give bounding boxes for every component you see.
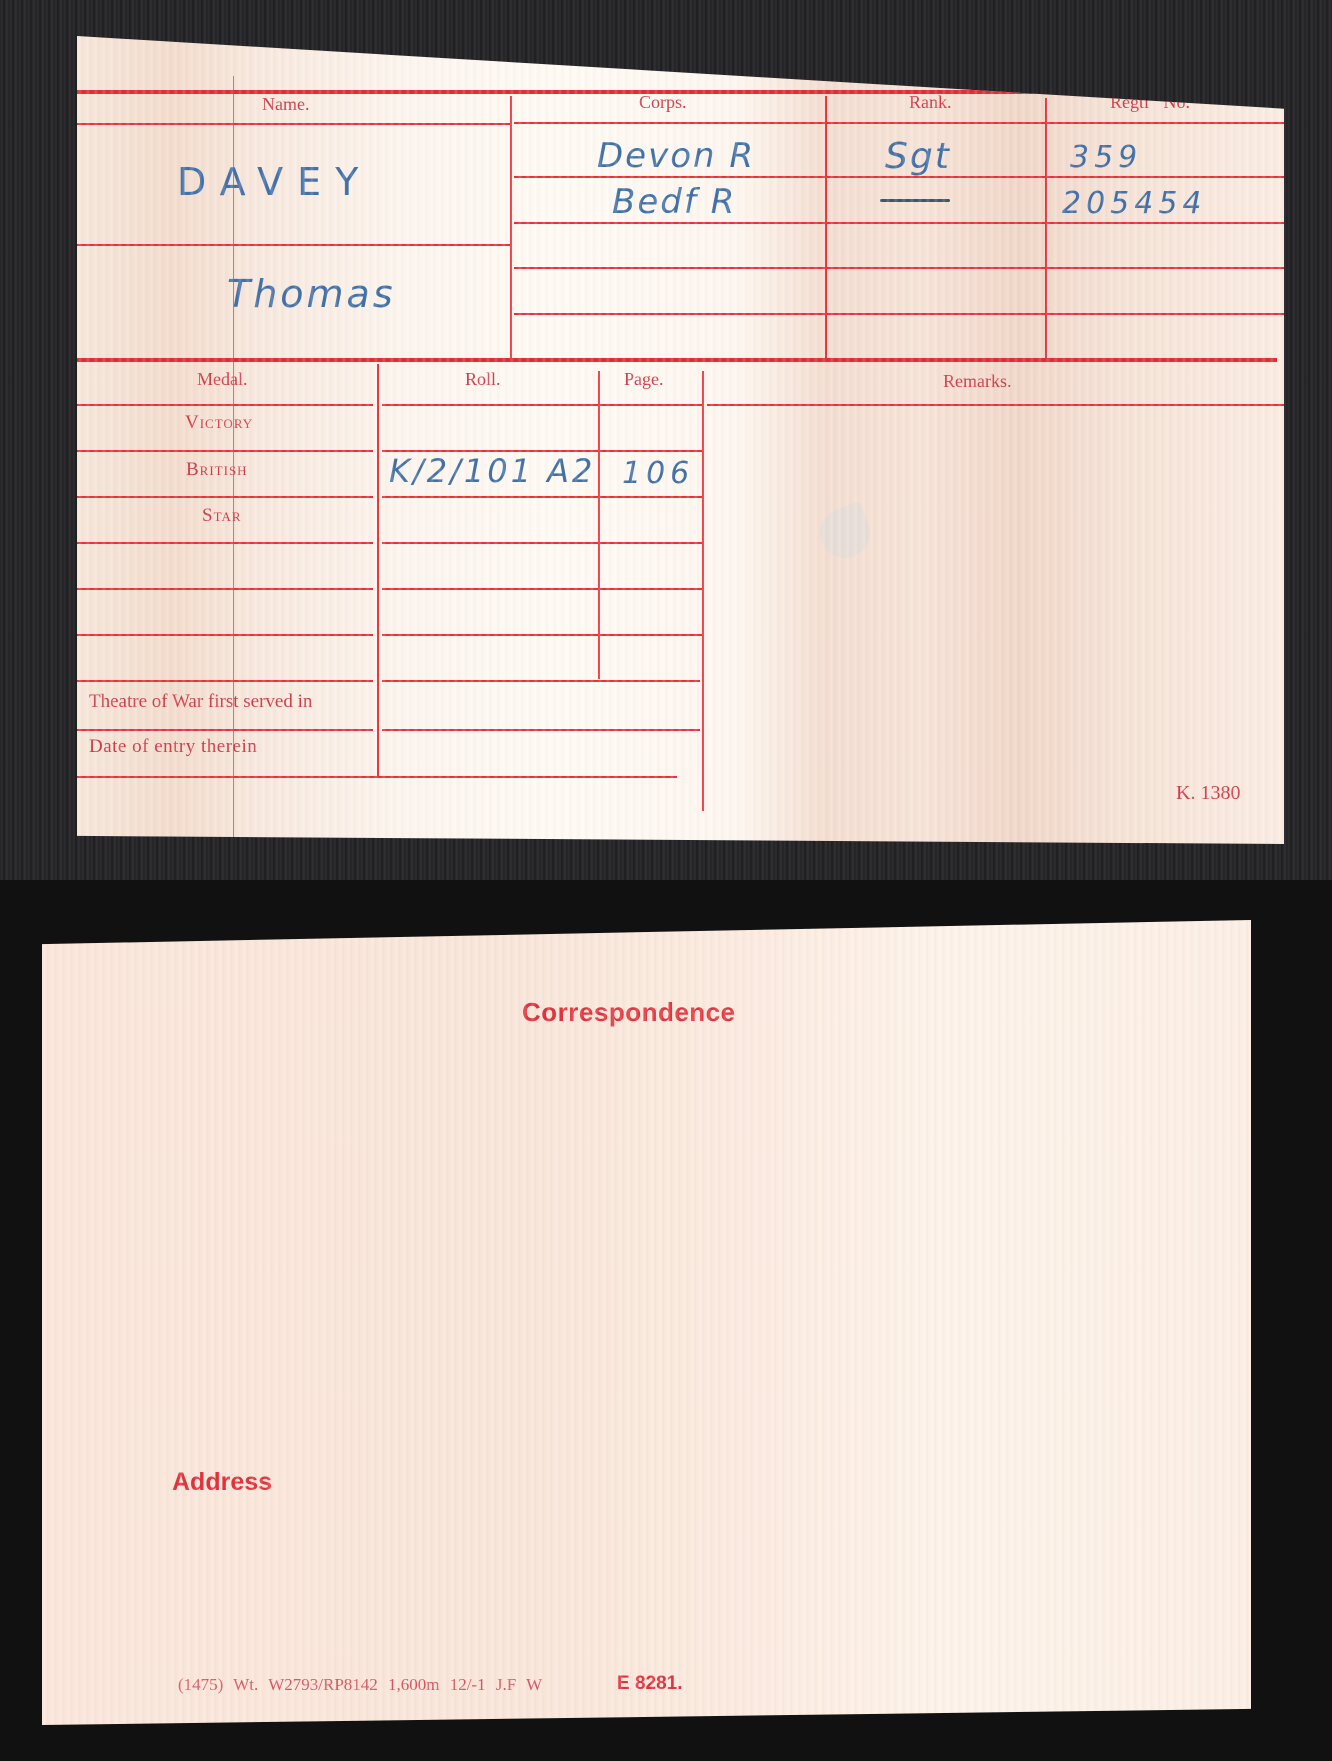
rank-underline: [880, 199, 950, 202]
form-number: K. 1380: [1176, 782, 1240, 805]
printer-code: E 8281.: [617, 1673, 683, 1695]
row-line-2: [514, 222, 1284, 224]
page-entry-british: 106: [622, 456, 694, 491]
row-line-4: [514, 313, 1284, 315]
medal-victory: Victory: [185, 412, 253, 434]
medal-line-5r: [382, 588, 702, 590]
divider-corps-rank: [825, 96, 827, 360]
theatre-label: Theatre of War first served in: [89, 691, 312, 713]
name-divider: [77, 244, 510, 246]
medal-line-6r: [382, 634, 702, 636]
medal-line-7r: [382, 680, 700, 682]
medal-line-7: [77, 680, 373, 682]
correspondence-heading: Correspondence: [522, 997, 736, 1028]
forename-entry: Thomas: [227, 272, 396, 316]
header-page: Page.: [624, 369, 664, 390]
corps-entry-2: Bedf R: [612, 182, 736, 222]
date-entry-label: Date of entry therein: [89, 736, 257, 758]
medal-card-back: Correspondence Address (1475) Wt. W2793/…: [42, 920, 1251, 1725]
header-corps: Corps.: [639, 92, 687, 113]
header-rank: Rank.: [909, 92, 952, 113]
address-heading: Address: [172, 1468, 272, 1497]
medal-card-front: Name. Corps. Rank. Regtl No. DAVEY Thoma…: [77, 36, 1284, 844]
remarks-underline: [707, 404, 1284, 406]
medal-line-5: [77, 588, 373, 590]
header-remarks: Remarks.: [943, 371, 1011, 392]
divider-rank-regtl: [1045, 98, 1047, 360]
header-underline-right: [514, 122, 1332, 124]
header-underline-name: [77, 123, 510, 125]
divider-roll-page: [598, 371, 600, 679]
medal-british: British: [186, 459, 248, 481]
medal-star: Star: [202, 505, 242, 527]
medal-line-8: [77, 729, 373, 731]
header-name: Name.: [262, 94, 309, 115]
divider-medal-roll: [377, 364, 379, 776]
printer-imprint: (1475) Wt. W2793/RP8142 1,600m 12/-1 J.F…: [178, 1675, 542, 1695]
row-line-3: [514, 267, 1284, 269]
divider-page-remarks: [702, 371, 704, 811]
regtl-no-entry-1: 359: [1070, 140, 1142, 175]
medal-line-3: [77, 496, 373, 498]
medal-line-3r: [382, 496, 702, 498]
medal-line-8r: [382, 729, 700, 731]
medal-line-4r: [382, 542, 702, 544]
medal-line-2: [77, 450, 373, 452]
medal-line-9: [77, 776, 677, 778]
leaf-watermark-icon: [813, 501, 877, 565]
medal-line-6: [77, 634, 373, 636]
regtl-no-entry-2: 205454: [1062, 186, 1207, 221]
header-medal: Medal.: [197, 369, 247, 390]
section-rule: [77, 358, 1277, 362]
medal-line-4: [77, 542, 373, 544]
divider-name-corps: [510, 96, 512, 360]
corps-entry-1: Devon R: [597, 136, 755, 176]
medal-line-1: [77, 404, 373, 406]
surname-entry: DAVEY: [177, 160, 372, 204]
rank-entry: Sgt: [885, 136, 951, 177]
roll-entry-british: K/2/101 A2: [389, 452, 595, 490]
medal-line-1r: [382, 404, 702, 406]
header-roll: Roll.: [465, 369, 501, 390]
